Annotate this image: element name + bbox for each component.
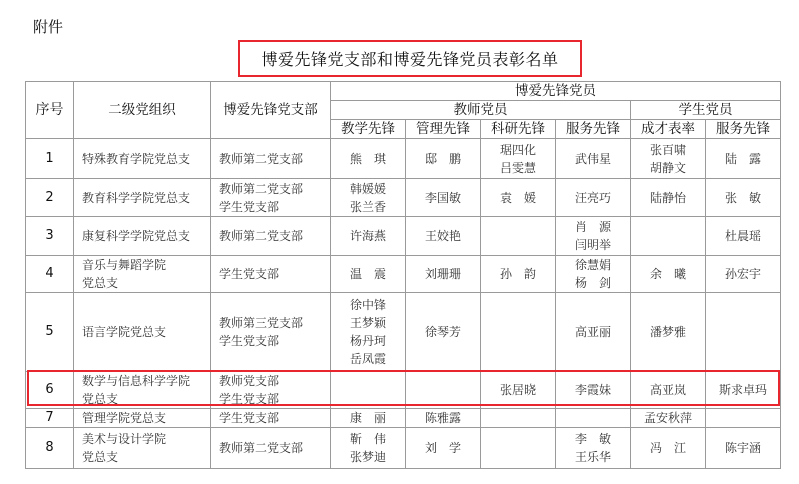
document-title: 博爱先锋党支部和博爱先锋党员表彰名单 xyxy=(238,40,582,77)
cell-line: 学生党支部 xyxy=(219,265,330,283)
cell-line: 党总支 xyxy=(82,448,210,466)
cell-branch: 教师第二党支部学生党支部 xyxy=(211,179,331,217)
cell-research xyxy=(481,409,556,428)
cell-line: 武伟星 xyxy=(556,150,630,168)
table-row: 1特殊教育学院党总支教师第二党支部熊 琪邸 鹏琚四化吕雯慧武伟星张百啸胡静文陆 … xyxy=(26,139,781,179)
cell-line: 王梦颖 xyxy=(331,314,405,332)
cell-service-student: 孙宏宇 xyxy=(706,256,781,293)
cell-line: 汪亮巧 xyxy=(556,189,630,207)
cell-line: 高亚丽 xyxy=(556,323,630,341)
cell-teaching: 徐中锋王梦颖杨丹珂岳凤霞 xyxy=(331,293,406,372)
cell-service-teacher: 徐慧娟杨 剑 xyxy=(556,256,631,293)
cell-line: 潘梦雅 xyxy=(631,323,705,341)
header-talent: 成才表率 xyxy=(631,120,706,139)
table-row: 8美术与设计学院党总支教师第二党支部靳 伟张梦迪刘 学李 敏王乐华冯 江陈宇涵 xyxy=(26,428,781,469)
cell-line: 教师第二党支部 xyxy=(219,227,330,245)
header-service-teacher: 服务先锋 xyxy=(556,120,631,139)
cell-line: 李国敏 xyxy=(406,189,480,207)
cell-teaching: 韩媛媛张兰香 xyxy=(331,179,406,217)
cell-service-student xyxy=(706,293,781,372)
cell-org: 管理学院党总支 xyxy=(74,409,211,428)
cell-management: 徐琴芳 xyxy=(406,293,481,372)
cell-line: 熊 琪 xyxy=(331,150,405,168)
header-seq: 序号 xyxy=(26,82,74,139)
cell-line: 王姣艳 xyxy=(406,227,480,245)
cell-branch: 教师党支部学生党支部 xyxy=(211,372,331,409)
cell-branch: 学生党支部 xyxy=(211,409,331,428)
cell-org: 美术与设计学院党总支 xyxy=(74,428,211,469)
cell-teaching xyxy=(331,372,406,409)
cell-seq: 8 xyxy=(26,428,74,469)
cell-research: 孙 韵 xyxy=(481,256,556,293)
cell-service-teacher: 汪亮巧 xyxy=(556,179,631,217)
cell-management: 刘珊珊 xyxy=(406,256,481,293)
header-teacher-group: 教师党员 xyxy=(331,101,631,120)
cell-management: 陈雅露 xyxy=(406,409,481,428)
cell-line: 靳 伟 xyxy=(331,430,405,448)
cell-branch: 学生党支部 xyxy=(211,256,331,293)
cell-line: 余 曦 xyxy=(631,265,705,283)
cell-line: 语言学院党总支 xyxy=(82,323,210,341)
cell-line: 管理学院党总支 xyxy=(82,409,210,427)
header-members-group: 博爱先锋党员 xyxy=(331,82,781,101)
cell-research: 张居晓 xyxy=(481,372,556,409)
cell-line: 党总支 xyxy=(82,274,210,292)
cell-service-teacher: 武伟星 xyxy=(556,139,631,179)
cell-branch: 教师第二党支部 xyxy=(211,139,331,179)
cell-line: 袁 媛 xyxy=(481,189,555,207)
cell-line: 王乐华 xyxy=(556,448,630,466)
cell-line: 徐琴芳 xyxy=(406,323,480,341)
cell-line: 美术与设计学院 xyxy=(82,430,210,448)
cell-line: 张兰香 xyxy=(331,198,405,216)
cell-line: 张居晓 xyxy=(481,381,555,399)
cell-org: 数学与信息科学学院党总支 xyxy=(74,372,211,409)
cell-line: 吕雯慧 xyxy=(481,159,555,177)
cell-branch: 教师第二党支部 xyxy=(211,428,331,469)
honor-list-table: 序号 二级党组织 博爱先锋党支部 博爱先锋党员 教师党员 学生党员 教学先锋 管… xyxy=(25,81,781,469)
cell-line: 高亚岚 xyxy=(631,381,705,399)
cell-branch: 教师第二党支部 xyxy=(211,217,331,256)
cell-service-student: 陈宇涵 xyxy=(706,428,781,469)
cell-line: 教师第二党支部 xyxy=(219,439,330,457)
cell-line: 教师第二党支部 xyxy=(219,150,330,168)
attachment-label: 附件 xyxy=(33,16,63,37)
cell-line: 杨 剑 xyxy=(556,274,630,292)
cell-talent: 冯 江 xyxy=(631,428,706,469)
header-management: 管理先锋 xyxy=(406,120,481,139)
cell-line: 韩媛媛 xyxy=(331,180,405,198)
cell-line: 琚四化 xyxy=(481,141,555,159)
cell-teaching: 熊 琪 xyxy=(331,139,406,179)
cell-research xyxy=(481,293,556,372)
cell-line: 党总支 xyxy=(82,390,210,408)
cell-org: 语言学院党总支 xyxy=(74,293,211,372)
header-research: 科研先锋 xyxy=(481,120,556,139)
cell-service-student: 杜晨瑶 xyxy=(706,217,781,256)
cell-seq: 1 xyxy=(26,139,74,179)
cell-line: 胡静文 xyxy=(631,159,705,177)
cell-line: 康 丽 xyxy=(331,409,405,427)
cell-line: 杨丹珂 xyxy=(331,332,405,350)
cell-talent: 高亚岚 xyxy=(631,372,706,409)
cell-seq: 6 xyxy=(26,372,74,409)
cell-research xyxy=(481,428,556,469)
cell-line: 教师党支部 xyxy=(219,372,330,390)
cell-talent: 张百啸胡静文 xyxy=(631,139,706,179)
cell-line: 孙宏宇 xyxy=(706,265,780,283)
cell-seq: 5 xyxy=(26,293,74,372)
cell-line: 陈宇涵 xyxy=(706,439,780,457)
header-org: 二级党组织 xyxy=(74,82,211,139)
cell-line: 闫明举 xyxy=(556,236,630,254)
cell-service-teacher: 李 敏王乐华 xyxy=(556,428,631,469)
cell-line: 陆静怡 xyxy=(631,189,705,207)
cell-line: 冯 江 xyxy=(631,439,705,457)
cell-management: 刘 学 xyxy=(406,428,481,469)
cell-seq: 4 xyxy=(26,256,74,293)
cell-line: 刘珊珊 xyxy=(406,265,480,283)
cell-talent: 余 曦 xyxy=(631,256,706,293)
cell-seq: 2 xyxy=(26,179,74,217)
cell-service-teacher: 李霞妹 xyxy=(556,372,631,409)
cell-line: 邸 鹏 xyxy=(406,150,480,168)
cell-line: 刘 学 xyxy=(406,439,480,457)
cell-research: 袁 媛 xyxy=(481,179,556,217)
table-row: 2教育科学学院党总支教师第二党支部学生党支部韩媛媛张兰香李国敏袁 媛汪亮巧陆静怡… xyxy=(26,179,781,217)
table-row: 7管理学院党总支学生党支部康 丽陈雅露孟安秋萍 xyxy=(26,409,781,428)
cell-line: 徐中锋 xyxy=(331,296,405,314)
cell-talent: 陆静怡 xyxy=(631,179,706,217)
cell-line: 学生党支部 xyxy=(219,390,330,408)
table-row: 3康复科学学院党总支教师第二党支部许海燕王姣艳肖 源闫明举杜晨瑶 xyxy=(26,217,781,256)
cell-talent: 孟安秋萍 xyxy=(631,409,706,428)
cell-line: 教育科学学院党总支 xyxy=(82,189,210,207)
cell-seq: 7 xyxy=(26,409,74,428)
cell-service-student xyxy=(706,409,781,428)
cell-service-student: 张 敏 xyxy=(706,179,781,217)
header-branch: 博爱先锋党支部 xyxy=(211,82,331,139)
cell-research xyxy=(481,217,556,256)
cell-org: 教育科学学院党总支 xyxy=(74,179,211,217)
cell-line: 温 震 xyxy=(331,265,405,283)
cell-line: 斯求卓玛 xyxy=(706,381,780,399)
cell-line: 学生党支部 xyxy=(219,332,330,350)
cell-line: 特殊教育学院党总支 xyxy=(82,150,210,168)
cell-management: 邸 鹏 xyxy=(406,139,481,179)
cell-line: 学生党支部 xyxy=(219,409,330,427)
cell-talent xyxy=(631,217,706,256)
header-student-group: 学生党员 xyxy=(631,101,781,120)
cell-service-student: 陆 露 xyxy=(706,139,781,179)
cell-line: 张梦迪 xyxy=(331,448,405,466)
cell-line: 陈雅露 xyxy=(406,409,480,427)
cell-org: 音乐与舞蹈学院党总支 xyxy=(74,256,211,293)
table-row: 6数学与信息科学学院党总支教师党支部学生党支部张居晓李霞妹高亚岚斯求卓玛 xyxy=(26,372,781,409)
cell-org: 特殊教育学院党总支 xyxy=(74,139,211,179)
cell-management: 王姣艳 xyxy=(406,217,481,256)
cell-line: 张百啸 xyxy=(631,141,705,159)
cell-line: 杜晨瑶 xyxy=(706,227,780,245)
cell-line: 教师第三党支部 xyxy=(219,314,330,332)
table-row: 4音乐与舞蹈学院党总支学生党支部温 震刘珊珊孙 韵徐慧娟杨 剑余 曦孙宏宇 xyxy=(26,256,781,293)
cell-line: 陆 露 xyxy=(706,150,780,168)
cell-line: 岳凤霞 xyxy=(331,350,405,368)
cell-line: 数学与信息科学学院 xyxy=(82,372,210,390)
cell-branch: 教师第三党支部学生党支部 xyxy=(211,293,331,372)
cell-line: 学生党支部 xyxy=(219,198,330,216)
cell-service-teacher: 肖 源闫明举 xyxy=(556,217,631,256)
cell-teaching: 康 丽 xyxy=(331,409,406,428)
cell-line: 徐慧娟 xyxy=(556,256,630,274)
cell-line: 许海燕 xyxy=(331,227,405,245)
cell-line: 孟安秋萍 xyxy=(631,409,705,427)
cell-teaching: 靳 伟张梦迪 xyxy=(331,428,406,469)
cell-teaching: 许海燕 xyxy=(331,217,406,256)
cell-line: 李霞妹 xyxy=(556,381,630,399)
cell-teaching: 温 震 xyxy=(331,256,406,293)
cell-service-student: 斯求卓玛 xyxy=(706,372,781,409)
cell-line: 肖 源 xyxy=(556,218,630,236)
cell-org: 康复科学学院党总支 xyxy=(74,217,211,256)
cell-management: 李国敏 xyxy=(406,179,481,217)
cell-research: 琚四化吕雯慧 xyxy=(481,139,556,179)
header-teaching: 教学先锋 xyxy=(331,120,406,139)
table-row: 5语言学院党总支教师第三党支部学生党支部徐中锋王梦颖杨丹珂岳凤霞徐琴芳高亚丽潘梦… xyxy=(26,293,781,372)
cell-line: 教师第二党支部 xyxy=(219,180,330,198)
cell-line: 康复科学学院党总支 xyxy=(82,227,210,245)
cell-line: 孙 韵 xyxy=(481,265,555,283)
cell-line: 音乐与舞蹈学院 xyxy=(82,256,210,274)
cell-seq: 3 xyxy=(26,217,74,256)
cell-management xyxy=(406,372,481,409)
header-service-student: 服务先锋 xyxy=(706,120,781,139)
cell-line: 李 敏 xyxy=(556,430,630,448)
cell-line: 张 敏 xyxy=(706,189,780,207)
cell-service-teacher xyxy=(556,409,631,428)
cell-service-teacher: 高亚丽 xyxy=(556,293,631,372)
cell-talent: 潘梦雅 xyxy=(631,293,706,372)
